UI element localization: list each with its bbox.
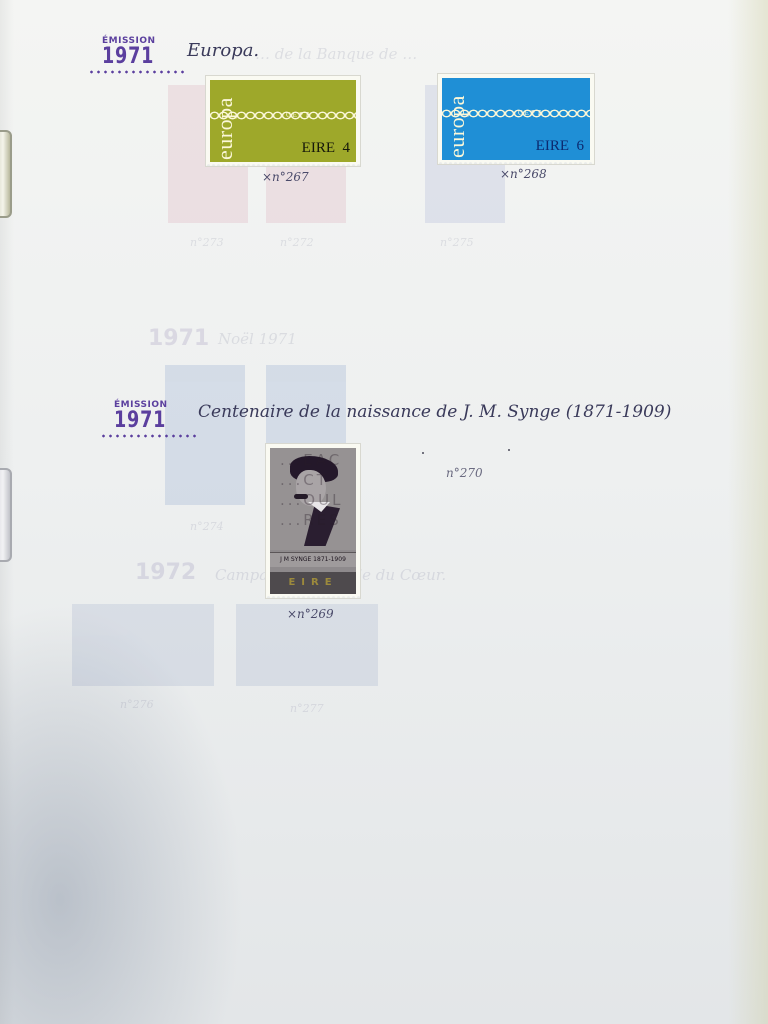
- catalog-number-267: ×n°267: [262, 170, 309, 184]
- section-title-europa: Europa.: [187, 40, 259, 61]
- emission-stamp-europa: ÉMISSION 1971: [88, 36, 184, 74]
- slot-marker: [508, 449, 510, 451]
- album-page: … de la Banque de … 1971 Noël 1971 1972 …: [0, 0, 768, 1024]
- stamp-synge[interactable]: ...EAC ...CT ...OUL ...RES J M SYNGE 187…: [266, 444, 360, 598]
- europa-word: europa: [446, 95, 468, 158]
- europa-word: europa: [214, 97, 236, 160]
- catalog-number-268: ×n°268: [500, 167, 547, 181]
- dotted-underline: [100, 434, 196, 438]
- stamp-country: EIRE: [270, 572, 356, 594]
- show-through-reverse-page: … de la Banque de … 1971 Noël 1971 1972 …: [0, 0, 768, 1024]
- emission-year: 1971: [114, 410, 180, 432]
- dotted-underline: [88, 70, 184, 74]
- catalog-number-270: n°270: [446, 466, 483, 480]
- section-title-synge: Centenaire de la naissance de J. M. Syng…: [198, 402, 671, 422]
- stamp-caption: J M SYNGE 1871-1909: [270, 552, 356, 567]
- emission-year: 1971: [102, 46, 168, 68]
- catalog-number-269: ×n°269: [287, 607, 334, 621]
- stamp-europa-4[interactable]: CEPT europa EIRE 4: [206, 76, 360, 166]
- stamp-europa-6[interactable]: CEPT europa EIRE 6: [438, 74, 594, 164]
- stamp-country-value: EIRE 6: [536, 138, 584, 155]
- slot-marker: [422, 452, 424, 454]
- stamp-country-value: EIRE 4: [302, 140, 350, 157]
- postmark-cancel: ...EAC ...CT ...OUL ...RES: [280, 450, 343, 530]
- emission-stamp-synge: ÉMISSION 1971: [100, 400, 196, 438]
